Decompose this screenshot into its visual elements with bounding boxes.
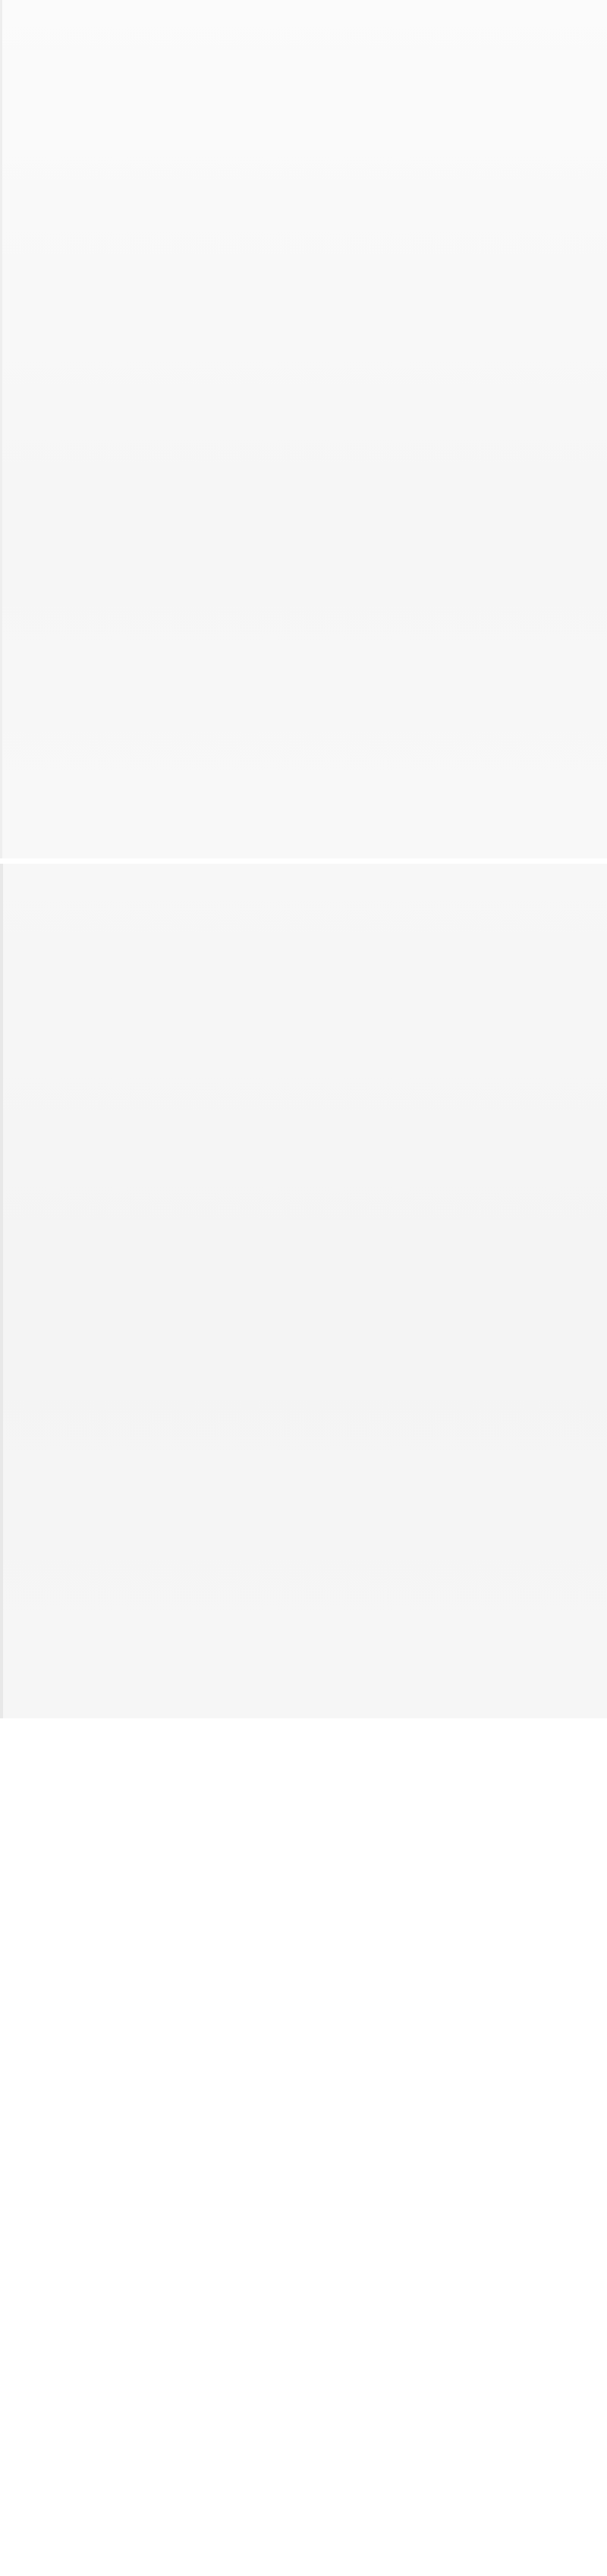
- document-page-4: [0, 0, 607, 858]
- document-page-5: [0, 864, 607, 1718]
